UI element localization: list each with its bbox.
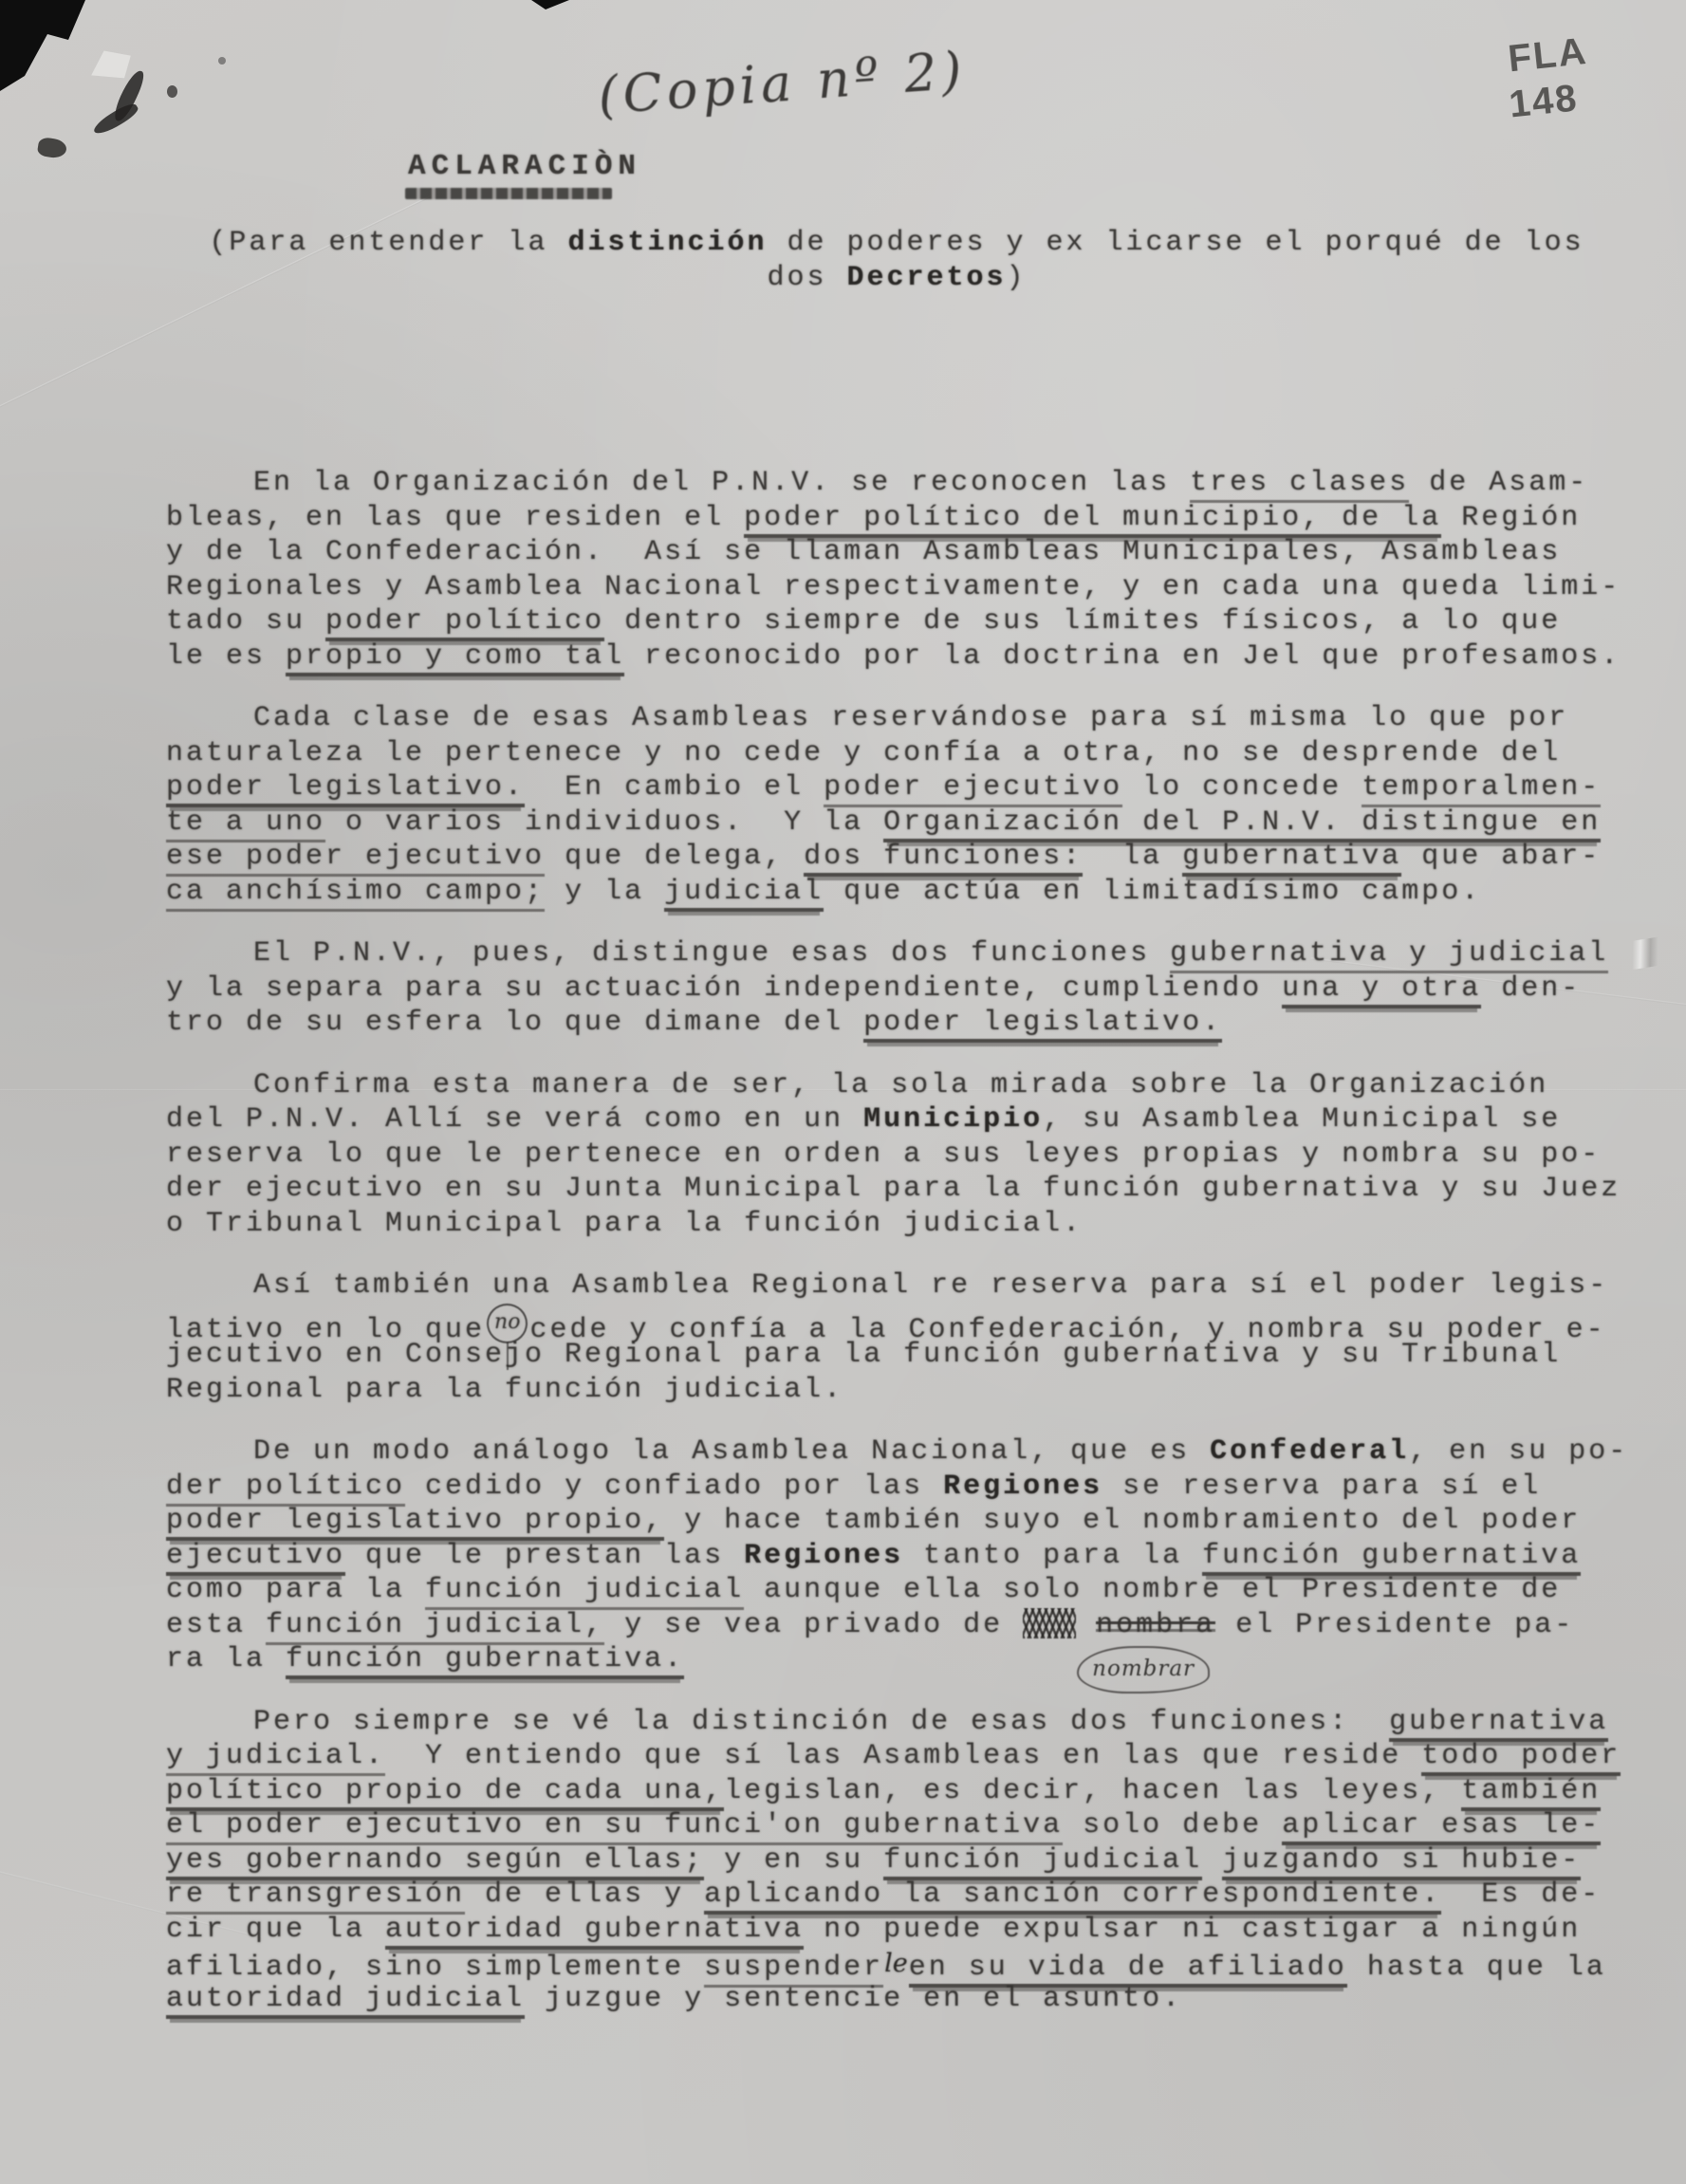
title-underline [405, 188, 612, 199]
text-segment: re transgresión [166, 1879, 465, 1915]
text-segment: dos [767, 262, 846, 294]
text-segment: una y otra [1282, 972, 1481, 1009]
paragraph: Confirma esta manera de ser, la sola mir… [166, 1068, 1627, 1242]
text-segment: Es de- [1441, 1879, 1601, 1911]
text-segment: El P.N.V., pues, distingue esas dos func… [253, 937, 1170, 970]
text-segment: también [1461, 1775, 1601, 1811]
text-segment: legislan, es decir, hacen las leyes, [724, 1775, 1461, 1807]
text-line: der político cedido y confiado por las R… [166, 1470, 1627, 1505]
text-line: tado su poder político dentro siempre de… [166, 604, 1627, 639]
text-segment: poder legislativo propio, [166, 1505, 664, 1541]
text-segment: esta [166, 1609, 266, 1641]
text-segment: gubernativa [1389, 1706, 1608, 1742]
bold-text: Regiones [943, 1471, 1102, 1503]
text-line: el poder ejecutivo en su funci'on gubern… [166, 1808, 1627, 1843]
text-segment: que le prestan las [345, 1540, 744, 1572]
text-line: autoridad judicial juzgue y sentencie en… [166, 1982, 1627, 2017]
text-segment: En la Organización del P.N.V. se reconoc… [253, 467, 1190, 499]
text-line: o Tribunal Municipal para la función jud… [166, 1207, 1627, 1242]
text-segment: el Presidente pa- [1215, 1609, 1574, 1641]
text-segment: yes gobernando según ellas; [166, 1844, 704, 1880]
handwritten-le-insert: le [884, 1949, 908, 1978]
scanned-document-page: (Copia nº 2) FLA 148 ACLARACIÒN (Para en… [0, 0, 1686, 2184]
paragraph: En la Organización del P.N.V. se reconoc… [166, 466, 1627, 674]
text-line: dos Decretos) [166, 261, 1627, 296]
text-segment: la [1083, 841, 1182, 873]
text-segment: y de la Confederación. Así se llaman Asa… [166, 536, 1561, 568]
text-segment: poder ejecutivo [824, 771, 1122, 807]
typed-content: ACLARACIÒN (Para entender la distinción … [166, 150, 1627, 2016]
text-line: y la separa para su actuación independie… [166, 972, 1627, 1007]
text-segment: función judicial [425, 1574, 744, 1610]
paragraph: El P.N.V., pues, distingue esas dos func… [166, 936, 1627, 1041]
text-line: como para la función judicial aunque ell… [166, 1573, 1627, 1608]
text-segment: de ellas y [465, 1879, 704, 1911]
text-line: En la Organización del P.N.V. se reconoc… [166, 466, 1627, 501]
text-segment: Así también una Asamblea Regional re res… [253, 1269, 1608, 1302]
paragraph: Pero siempre se vé la distinción de esas… [166, 1705, 1627, 2017]
text-segment: y la separa para su actuación independie… [166, 972, 1282, 1005]
text-segment: ese poder ejecutivo [166, 841, 545, 877]
text-segment: lo concede [1122, 771, 1362, 804]
paragraph: De un modo análogo la Asamblea Nacional,… [166, 1434, 1627, 1677]
text-line: Regionales y Asamblea Nacional respectiv… [166, 570, 1627, 605]
text-segment: y se vea privado de [604, 1609, 1023, 1641]
text-segment: den- [1481, 972, 1581, 1005]
text-line: te a uno o varios individuos. Y la Organ… [166, 805, 1627, 841]
text-line: esta función judicial, y se vea privado … [166, 1608, 1627, 1643]
text-line: Así también una Asamblea Regional re res… [166, 1268, 1627, 1304]
text-line: bleas, en las que residen el poder polít… [166, 501, 1627, 536]
handwritten-archival-code: FLA 148 [1506, 28, 1594, 127]
text-segment: Confirma esta manera de ser, la sola mir… [253, 1069, 1548, 1101]
text-segment: que abar- [1401, 841, 1601, 873]
text-segment: gubernativa [1182, 841, 1401, 877]
bold-text: Municipio [863, 1103, 1043, 1136]
text-segment: aplicando la sanción correspondiente. [704, 1879, 1441, 1915]
archival-code-line2: 148 [1507, 74, 1594, 128]
text-line: De un modo análogo la Asamblea Nacional,… [166, 1434, 1627, 1470]
archival-code-line1: FLA [1506, 28, 1589, 82]
text-segment: dos funciones: [804, 841, 1083, 877]
text-line: Pero siempre se vé la distinción de esas… [166, 1705, 1627, 1740]
text-segment: que actúa en limitadísimo campo. [824, 876, 1481, 908]
text-line: le es propio y como tal reconocido por l… [166, 639, 1627, 675]
text-segment: autoridad judicial [166, 1983, 525, 2019]
text-segment: der político [166, 1471, 405, 1507]
text-segment: reserva lo que le pertenece en orden a s… [166, 1138, 1601, 1171]
text-line: (Para entender la distinción de poderes … [166, 226, 1627, 261]
text-line: poder legislativo propio, y hace también… [166, 1504, 1627, 1539]
text-segment: , en su po- [1409, 1435, 1628, 1468]
text-segment: tro de su esfera lo que dimane del [166, 1007, 863, 1039]
text-line: yes gobernando según ellas; y en su func… [166, 1843, 1627, 1879]
text-segment: cir que la [166, 1914, 385, 1946]
text-segment: se reserva para sí el [1102, 1471, 1541, 1503]
text-segment: y hace también suyo el nombramiento del … [664, 1505, 1581, 1537]
text-segment: naturaleza le pertenece y no cede y conf… [166, 737, 1561, 769]
text-line: jecutivo en Consejo Regional para la fun… [166, 1338, 1627, 1373]
text-line: Cada clase de esas Asambleas reservándos… [166, 701, 1627, 736]
paragraph: Así también una Asamblea Regional re res… [166, 1268, 1627, 1407]
text-segment: te a uno [166, 806, 325, 842]
text-segment: función judicial [883, 1844, 1202, 1880]
text-segment: juzgando si hubie- [1222, 1844, 1581, 1880]
text-line: ra la función gubernativa. [166, 1642, 1627, 1677]
text-segment: poder legislativo. [166, 771, 525, 807]
text-line: der ejecutivo en su Junta Municipal para… [166, 1172, 1627, 1207]
ink-smudge [218, 57, 226, 65]
text-line: cir que la autoridad gubernativa no pued… [166, 1913, 1627, 1948]
text-segment: cedido y confiado por las [405, 1471, 943, 1503]
text-segment: o varios individuos. Y la [325, 806, 883, 839]
text-segment: gubernativa y judicial [1170, 937, 1608, 973]
text-segment: de Asam- [1409, 467, 1588, 499]
text-line: ese poder ejecutivo que delega, dos func… [166, 840, 1627, 875]
text-segment: hasta que la [1347, 1952, 1606, 1984]
text-segment: como para la [166, 1574, 425, 1606]
text-segment: poder legislativo. [863, 1007, 1222, 1043]
paragraph: Cada clase de esas Asambleas reservándos… [166, 701, 1627, 909]
text-line: político propio de cada una,legislan, es… [166, 1774, 1627, 1809]
text-line: poder legislativo. En cambio el poder ej… [166, 770, 1627, 805]
text-segment: función gubernativa [1202, 1540, 1581, 1576]
text-segment: autoridad gubernativa [385, 1914, 804, 1950]
text-segment: Cada clase de esas Asambleas reservándos… [253, 702, 1568, 734]
text-segment: y en su [704, 1844, 883, 1877]
ink-smudge [167, 85, 177, 98]
text-segment: , su Asamblea Municipal se [1043, 1103, 1561, 1136]
text-segment: función gubernativa. [286, 1643, 684, 1679]
text-line: reserva lo que le pertenece en orden a s… [166, 1138, 1627, 1173]
text-segment [1076, 1609, 1096, 1641]
text-line: afiliado, sino simplemente suspenderleen… [166, 1947, 1627, 1982]
text-line: ca anchísimo campo; y la judicial que ac… [166, 875, 1627, 910]
text-line: re transgresión de ellas y aplicando la … [166, 1878, 1627, 1913]
text-segment: Y entiendo que sí las Asambleas en las q… [385, 1740, 1421, 1772]
text-segment: reconocido por la doctrina en Jel que pr… [624, 640, 1621, 673]
text-segment: judicial [664, 876, 824, 912]
text-segment: aplicar esas le- [1282, 1809, 1601, 1845]
text-segment: dentro siempre de sus límites físicos, a… [604, 605, 1561, 638]
text-segment: ejecutivo [166, 1540, 345, 1576]
text-segment: De un modo análogo la Asamblea Nacional,… [253, 1435, 1210, 1468]
text-segment: y la [545, 876, 664, 908]
text-segment: ) [1007, 262, 1027, 294]
text-segment: todo poder [1421, 1740, 1621, 1776]
handwritten-correction-nombrar: nombrar [1077, 1646, 1210, 1694]
text-segment: o Tribunal Municipal para la función jud… [166, 1208, 1083, 1240]
text-segment: le es [166, 640, 286, 673]
subtitle: (Para entender la distinción de poderes … [166, 226, 1627, 295]
text-segment: tado su [166, 605, 325, 638]
text-segment: el poder ejecutivo en su funci'on gubern… [166, 1809, 1063, 1845]
text-segment: poder político [325, 605, 604, 641]
text-segment: poder político del municipio, de la [744, 502, 1441, 538]
text-segment: no puede expulsar ni castigar a ningún [804, 1914, 1581, 1946]
text-segment: tres clases [1190, 467, 1409, 503]
text-segment: tanto para la [903, 1540, 1202, 1572]
text-segment: der ejecutivo en su Junta Municipal para… [166, 1173, 1621, 1205]
text-segment: político propio de cada una, [166, 1775, 724, 1811]
text-segment: función judicial, [266, 1609, 604, 1645]
page-title: ACLARACIÒN [408, 150, 1627, 183]
text-line: lativo en lo quenocede y confía a la Con… [166, 1304, 1627, 1339]
text-segment: juzgue y sentencie en el asunto. [525, 1983, 1182, 2015]
scribble-cross-out [1023, 1608, 1076, 1638]
text-line: tro de su esfera lo que dimane del poder… [166, 1006, 1627, 1041]
text-segment: afiliado, sino simplemente [166, 1952, 704, 1984]
text-segment: Regional para la función judicial. [166, 1374, 843, 1406]
text-segment: que delega, [545, 841, 804, 873]
text-segment: (Para entender la [209, 227, 567, 259]
text-line: Regional para la función judicial. [166, 1373, 1627, 1408]
text-segment [1202, 1844, 1222, 1877]
text-segment: propio y como tal [286, 640, 624, 676]
text-line: Confirma esta manera de ser, la sola mir… [166, 1068, 1627, 1103]
text-line: y de la Confederación. Así se llaman Asa… [166, 535, 1627, 570]
text-segment: de poderes y ex licarse el porqué de los [767, 227, 1584, 259]
struck-word: nombranombrar [1096, 1608, 1215, 1643]
text-segment: aunque ella solo nombre el Presidente de [744, 1574, 1561, 1606]
text-line: naturaleza le pertenece y no cede y conf… [166, 736, 1627, 771]
text-segment: y judicial. [166, 1740, 385, 1776]
text-segment: ra la [166, 1643, 286, 1675]
text-segment: Pero siempre se vé la distinción de esas… [253, 1706, 1389, 1738]
text-line: El P.N.V., pues, distingue esas dos func… [166, 936, 1627, 972]
text-segment: Organización del P.N.V. distingue en [883, 806, 1601, 842]
text-segment: jecutivo en Consejo Regional para la fun… [166, 1339, 1561, 1371]
text-line: del P.N.V. Allí se verá como en un Munic… [166, 1102, 1627, 1138]
text-segment: ca anchísimo campo; [166, 876, 545, 912]
text-line: ejecutivo que le prestan las Regiones ta… [166, 1539, 1627, 1574]
text-line: y judicial. Y entiendo que sí las Asambl… [166, 1739, 1627, 1774]
text-segment: del P.N.V. Allí se verá como en un [166, 1103, 863, 1136]
text-segment: solo debe [1063, 1809, 1282, 1842]
text-segment: Regionales y Asamblea Nacional respectiv… [166, 571, 1621, 603]
text-segment: bleas, en las que residen el [166, 502, 744, 534]
document-body: En la Organización del P.N.V. se reconoc… [166, 466, 1627, 2016]
bold-text: Regiones [744, 1540, 903, 1572]
text-segment: Región [1441, 502, 1581, 534]
text-segment: En cambio el [525, 771, 824, 804]
bold-text: Confederal [1210, 1435, 1409, 1468]
bold-text: Decretos [846, 262, 1006, 294]
bold-text: distinción [567, 227, 767, 259]
text-segment: temporalmen- [1362, 771, 1601, 807]
